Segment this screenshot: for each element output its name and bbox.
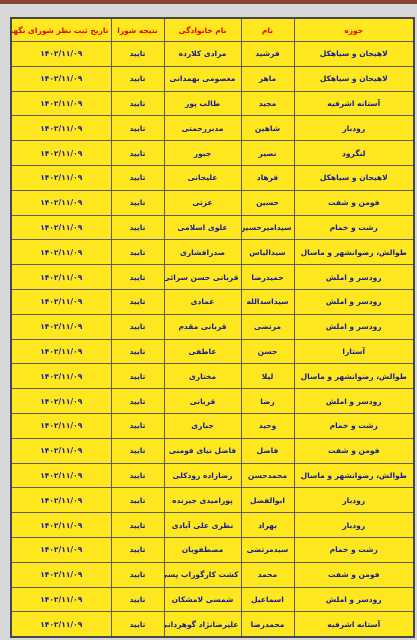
cell-first-name: سیدالیاس [241, 240, 294, 265]
cell-date: ۱۴۰۲/۱۱/۰۹ [11, 463, 111, 488]
cell-district: فومن و شفت [294, 438, 414, 463]
cell-result: تایید [111, 463, 164, 488]
cell-district: رودسر و املش [294, 314, 414, 339]
cell-result: تایید [111, 66, 164, 91]
table-row: لاهیجان و سیاهکلفرهادعلیجانیتایید۱۴۰۲/۱۱… [11, 165, 414, 190]
cell-last-name: علیرضانژاد گوهردانی [164, 612, 241, 637]
cell-first-name: سیداسدالله [241, 289, 294, 314]
header-row: حوزه نام نام خانوادگی نتیجه شورا تاریخ ث… [11, 18, 414, 42]
cell-date: ۱۴۰۲/۱۱/۰۹ [11, 438, 111, 463]
table-body: لاهیجان و سیاهکلفرشیدمرادی کلاردهتایید۱۴… [11, 42, 414, 638]
cell-date: ۱۴۰۲/۱۱/۰۹ [11, 314, 111, 339]
cell-first-name: مرتضی [241, 314, 294, 339]
cell-last-name: معصومی بهمدانی [164, 66, 241, 91]
cell-date: ۱۴۰۲/۱۱/۰۹ [11, 389, 111, 414]
cell-district: رودبار [294, 488, 414, 513]
cell-district: طوالش، رضوانشهر و ماسال [294, 463, 414, 488]
cell-first-name: شاهین [241, 116, 294, 141]
cell-result: تایید [111, 513, 164, 538]
cell-first-name: لیلا [241, 364, 294, 389]
cell-result: تایید [111, 612, 164, 637]
cell-first-name: ماهر [241, 66, 294, 91]
cell-first-name: فاضل [241, 438, 294, 463]
cell-district: رشت و خمام [294, 413, 414, 438]
cell-first-name: حمیدرضا [241, 265, 294, 290]
table-row: رودسر و املشاسماعیلشمسی لامشکانتایید۱۴۰۲… [11, 587, 414, 612]
cell-result: تایید [111, 438, 164, 463]
cell-district: رودسر و املش [294, 289, 414, 314]
table-row: رودسر و املشرضاقربانیتایید۱۴۰۲/۱۱/۰۹ [11, 389, 414, 414]
table-row: آستانه اشرفیهمحمدرضاعلیرضانژاد گوهردانیت… [11, 612, 414, 637]
cell-result: تایید [111, 339, 164, 364]
cell-date: ۱۴۰۲/۱۱/۰۹ [11, 240, 111, 265]
cell-first-name: محمدحسن [241, 463, 294, 488]
cell-last-name: رضازاده رودکلی [164, 463, 241, 488]
table-row: لاهیجان و سیاهکلماهرمعصومی بهمدانیتایید۱… [11, 66, 414, 91]
cell-result: تایید [111, 240, 164, 265]
table-header: حوزه نام نام خانوادگی نتیجه شورا تاریخ ث… [11, 18, 414, 42]
cell-last-name: طالب پور [164, 91, 241, 116]
cell-last-name: قربانی حسن سرائی [164, 265, 241, 290]
cell-result: تایید [111, 389, 164, 414]
cell-date: ۱۴۰۲/۱۱/۰۹ [11, 141, 111, 166]
cell-district: رودسر و املش [294, 389, 414, 414]
cell-first-name: حسن [241, 339, 294, 364]
table-row: آستانه اشرفیهمجیدطالب پورتایید۱۴۰۲/۱۱/۰۹ [11, 91, 414, 116]
cell-last-name: قربانی [164, 389, 241, 414]
cell-last-name: علوی اسلامی [164, 215, 241, 240]
cell-first-name: اسماعیل [241, 587, 294, 612]
cell-last-name: مرادی کلارده [164, 42, 241, 67]
cell-last-name: نظری علی آبادی [164, 513, 241, 538]
cell-district: آستانه اشرفیه [294, 612, 414, 637]
cell-last-name: عمادی [164, 289, 241, 314]
cell-date: ۱۴۰۲/۱۱/۰۹ [11, 289, 111, 314]
table-row: آستاراحسنعاطفیتایید۱۴۰۲/۱۱/۰۹ [11, 339, 414, 364]
cell-date: ۱۴۰۲/۱۱/۰۹ [11, 116, 111, 141]
table-row: فومن و شفتمحمدکشت کارگوراب پسیتایید۱۴۰۲/… [11, 562, 414, 587]
cell-last-name: جبور [164, 141, 241, 166]
table-row: رشت و خمامسیدمرتضیمصطفویانتایید۱۴۰۲/۱۱/۰… [11, 537, 414, 562]
table-row: طوالش، رضوانشهر و ماسالسیدالیاسصدرافشاری… [11, 240, 414, 265]
cell-date: ۱۴۰۲/۱۱/۰۹ [11, 364, 111, 389]
header-last-name: نام خانوادگی [164, 18, 241, 42]
cell-district: رودسر و املش [294, 587, 414, 612]
cell-first-name: سیدمرتضی [241, 537, 294, 562]
table-row: رشت و خماموحیدجباریتایید۱۴۰۲/۱۱/۰۹ [11, 413, 414, 438]
cell-last-name: شمسی لامشکان [164, 587, 241, 612]
cell-district: لاهیجان و سیاهکل [294, 66, 414, 91]
cell-result: تایید [111, 165, 164, 190]
cell-date: ۱۴۰۲/۱۱/۰۹ [11, 537, 111, 562]
cell-date: ۱۴۰۲/۱۱/۰۹ [11, 488, 111, 513]
cell-district: لاهیجان و سیاهکل [294, 42, 414, 67]
cell-date: ۱۴۰۲/۱۱/۰۹ [11, 165, 111, 190]
table-row: فومن و شفتفاضلفاضل نیای فومنیتایید۱۴۰۲/۱… [11, 438, 414, 463]
cell-date: ۱۴۰۲/۱۱/۰۹ [11, 562, 111, 587]
cell-date: ۱۴۰۲/۱۱/۰۹ [11, 91, 111, 116]
cell-district: فومن و شفت [294, 190, 414, 215]
cell-district: فومن و شفت [294, 562, 414, 587]
cell-first-name: محمدرضا [241, 612, 294, 637]
cell-date: ۱۴۰۲/۱۱/۰۹ [11, 612, 111, 637]
cell-last-name: فاضل نیای فومنی [164, 438, 241, 463]
cell-result: تایید [111, 537, 164, 562]
header-result: نتیجه شورا [111, 18, 164, 42]
table-row: لاهیجان و سیاهکلفرشیدمرادی کلاردهتایید۱۴… [11, 42, 414, 67]
cell-date: ۱۴۰۲/۱۱/۰۹ [11, 265, 111, 290]
candidates-approval-table: حوزه نام نام خانوادگی نتیجه شورا تاریخ ث… [10, 17, 415, 638]
cell-first-name: سیدامیرحسین [241, 215, 294, 240]
cell-first-name: فرهاد [241, 165, 294, 190]
cell-date: ۱۴۰۲/۱۱/۰۹ [11, 339, 111, 364]
cell-last-name: صدرافشاری [164, 240, 241, 265]
top-bar [0, 0, 417, 4]
cell-last-name: جباری [164, 413, 241, 438]
cell-first-name: محمد [241, 562, 294, 587]
cell-last-name: عزتی [164, 190, 241, 215]
cell-last-name: مصطفویان [164, 537, 241, 562]
cell-first-name: حسین [241, 190, 294, 215]
cell-district: رودسر و املش [294, 265, 414, 290]
cell-district: رشت و خمام [294, 215, 414, 240]
cell-result: تایید [111, 587, 164, 612]
cell-last-name: مدبررحمتی [164, 116, 241, 141]
table-row: رودسر و املشسیداسداللهعمادیتایید۱۴۰۲/۱۱/… [11, 289, 414, 314]
cell-date: ۱۴۰۲/۱۱/۰۹ [11, 42, 111, 67]
cell-date: ۱۴۰۲/۱۱/۰۹ [11, 190, 111, 215]
table-row: طوالش، رضوانشهر و ماسالمحمدحسنرضازاده رو… [11, 463, 414, 488]
cell-district: طوالش، رضوانشهر و ماسال [294, 240, 414, 265]
cell-result: تایید [111, 562, 164, 587]
cell-first-name: رضا [241, 389, 294, 414]
table-row: فومن و شفتحسینعزتیتایید۱۴۰۲/۱۱/۰۹ [11, 190, 414, 215]
cell-district: رشت و خمام [294, 537, 414, 562]
cell-last-name: کشت کارگوراب پسی [164, 562, 241, 587]
cell-date: ۱۴۰۲/۱۱/۰۹ [11, 587, 111, 612]
cell-result: تایید [111, 91, 164, 116]
cell-first-name: ابوالفضل [241, 488, 294, 513]
cell-last-name: پورامیدی جیرنده [164, 488, 241, 513]
cell-result: تایید [111, 141, 164, 166]
table-row: رشت و خمامسیدامیرحسینعلوی اسلامیتایید۱۴۰… [11, 215, 414, 240]
cell-district: رودبار [294, 513, 414, 538]
header-first-name: نام [241, 18, 294, 42]
cell-result: تایید [111, 190, 164, 215]
cell-district: لنگرود [294, 141, 414, 166]
cell-last-name: علیجانی [164, 165, 241, 190]
cell-district: آستارا [294, 339, 414, 364]
cell-last-name: مختاری [164, 364, 241, 389]
cell-result: تایید [111, 42, 164, 67]
table-row: رودبارشاهینمدبررحمتیتایید۱۴۰۲/۱۱/۰۹ [11, 116, 414, 141]
cell-district: لاهیجان و سیاهکل [294, 165, 414, 190]
table-row: رودسر و املشحمیدرضاقربانی حسن سرائیتایید… [11, 265, 414, 290]
cell-result: تایید [111, 289, 164, 314]
cell-first-name: نصیر [241, 141, 294, 166]
cell-last-name: عاطفی [164, 339, 241, 364]
table-row: لنگرودنصیرجبورتایید۱۴۰۲/۱۱/۰۹ [11, 141, 414, 166]
cell-last-name: قربانی مقدم [164, 314, 241, 339]
cell-result: تایید [111, 314, 164, 339]
cell-first-name: فرشید [241, 42, 294, 67]
cell-first-name: بهراد [241, 513, 294, 538]
cell-first-name: مجید [241, 91, 294, 116]
cell-date: ۱۴۰۲/۱۱/۰۹ [11, 413, 111, 438]
page: { "page": { "background_color": "#d7d7d7… [0, 0, 417, 640]
cell-first-name: وحید [241, 413, 294, 438]
cell-date: ۱۴۰۲/۱۱/۰۹ [11, 215, 111, 240]
cell-result: تایید [111, 488, 164, 513]
cell-date: ۱۴۰۲/۱۱/۰۹ [11, 513, 111, 538]
cell-result: تایید [111, 215, 164, 240]
table-row: رودباربهرادنظری علی آبادیتایید۱۴۰۲/۱۱/۰۹ [11, 513, 414, 538]
header-district: حوزه [294, 18, 414, 42]
header-date: تاریخ ثبت نظر شورای نگهبان [11, 18, 111, 42]
table-row: رودبارابوالفضلپورامیدی جیرندهتایید۱۴۰۲/۱… [11, 488, 414, 513]
approval-table-container: حوزه نام نام خانوادگی نتیجه شورا تاریخ ث… [10, 17, 413, 612]
cell-result: تایید [111, 265, 164, 290]
cell-result: تایید [111, 413, 164, 438]
cell-result: تایید [111, 116, 164, 141]
cell-result: تایید [111, 364, 164, 389]
cell-district: رودبار [294, 116, 414, 141]
cell-date: ۱۴۰۲/۱۱/۰۹ [11, 66, 111, 91]
table-row: رودسر و املشمرتضیقربانی مقدمتایید۱۴۰۲/۱۱… [11, 314, 414, 339]
cell-district: طوالش، رضوانشهر و ماسال [294, 364, 414, 389]
table-row: طوالش، رضوانشهر و ماساللیلامختاریتایید۱۴… [11, 364, 414, 389]
cell-district: آستانه اشرفیه [294, 91, 414, 116]
